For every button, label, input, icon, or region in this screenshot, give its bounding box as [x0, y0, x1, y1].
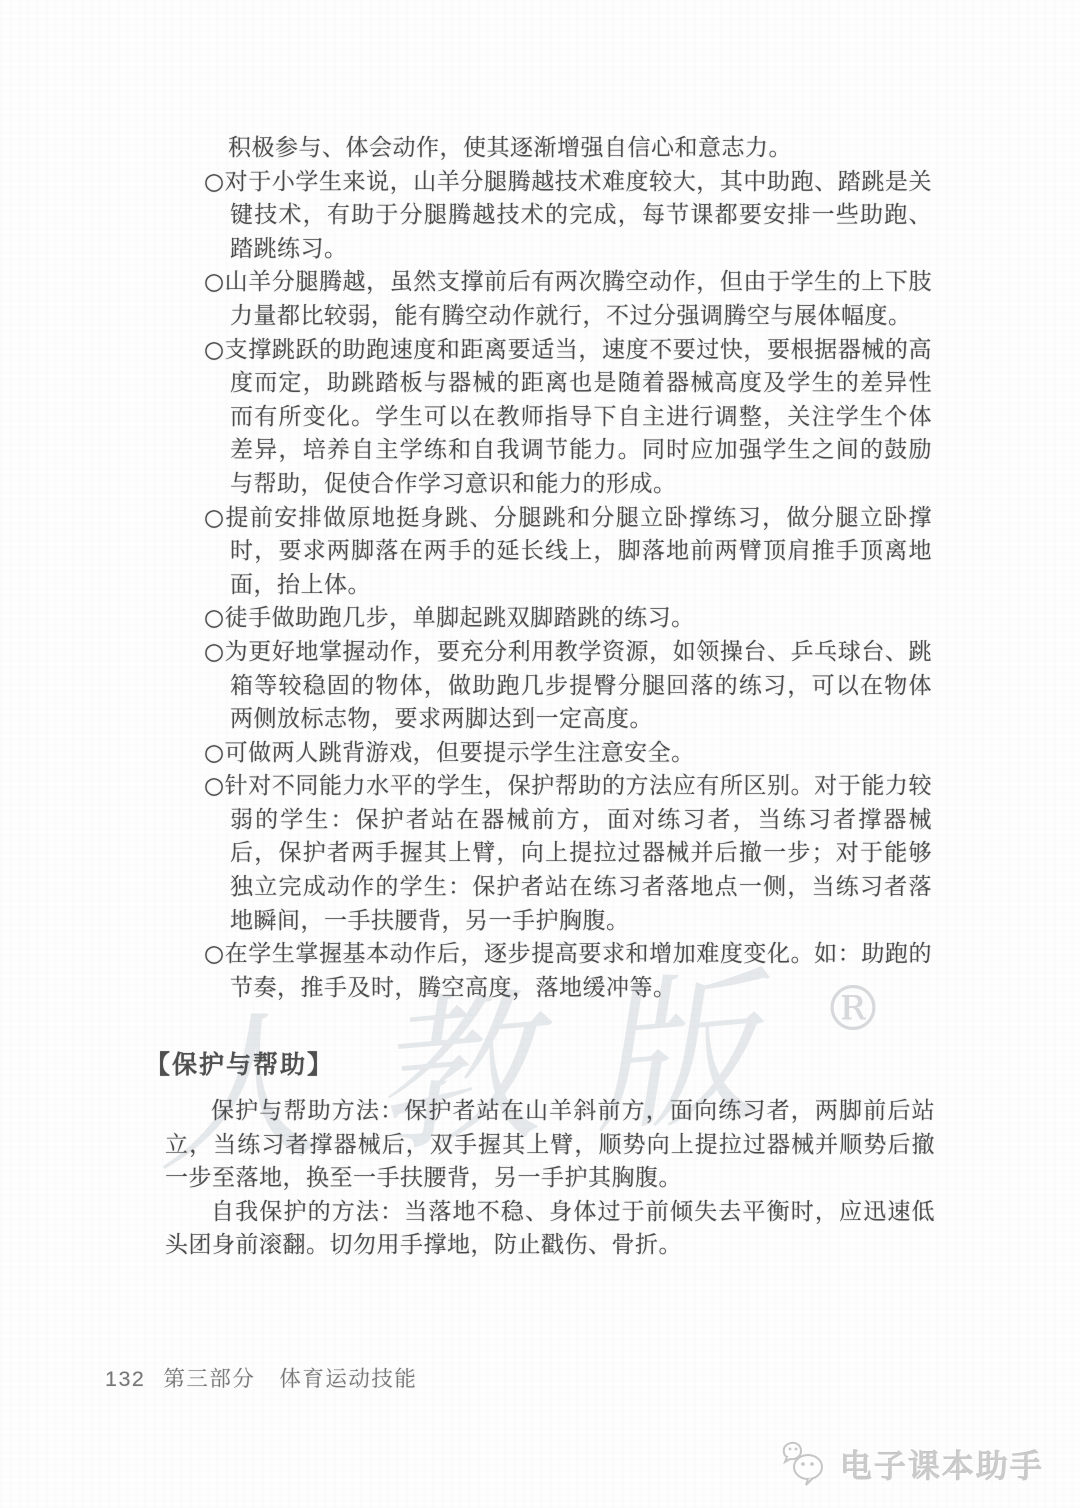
paragraph-protection-method: 保护与帮助方法：保护者站在山羊斜前方，面向练习者，两脚前后站立，当练习者撑器械后…: [165, 1095, 935, 1196]
section-heading: 【保护与帮助】: [145, 1049, 935, 1083]
circle-bullet-icon: ○: [204, 269, 225, 295]
bullet-item: ○对于小学生来说，山羊分腿腾越技术难度较大，其中助跑、踏跳是关键技术，有助于分腿…: [204, 166, 932, 267]
bullet-text: 提前安排做原地挺身跳、分腿跳和分腿立卧撑练习，做分腿立卧撑时，要求两脚落在两手的…: [225, 505, 932, 598]
bullet-text: 在学生掌握基本动作后，逐步提高要求和增加难度变化。如：助跑的节奏，推手及时，腾空…: [225, 941, 932, 1001]
bullet-text: 可做两人跳背游戏，但要提示学生注意安全。: [225, 740, 695, 766]
chat-bubbles-mascot-icon: [778, 1438, 830, 1490]
page-content: 积极参与、体会动作，使其逐渐增强自信心和意志力。 ○对于小学生来说，山羊分腿腾越…: [0, 132, 1080, 1263]
circle-bullet-icon: ○: [204, 773, 225, 799]
page-footer: 132第三部分体育运动技能: [105, 1362, 417, 1393]
bullet-item: ○为更好地掌握动作，要充分利用教学资源，如领操台、乒乓球台、跳箱等较稳固的物体，…: [204, 636, 932, 737]
bullet-text: 山羊分腿腾越，虽然支撑前后有两次腾空动作，但由于学生的上下肢力量都比较弱，能有腾…: [225, 269, 932, 329]
bullet-item: ○可做两人跳背游戏，但要提示学生注意安全。: [204, 737, 932, 771]
page-number: 132: [105, 1367, 145, 1391]
bullet-list: ○对于小学生来说，山羊分腿腾越技术难度较大，其中助跑、踏跳是关键技术，有助于分腿…: [204, 166, 932, 1006]
bullet-text: 对于小学生来说，山羊分腿腾越技术难度较大，其中助跑、踏跳是关键技术，有助于分腿腾…: [225, 169, 932, 262]
bullet-text: 徒手做助跑几步，单脚起跳双脚踏跳的练习。: [225, 605, 695, 631]
bullet-text: 为更好地掌握动作，要充分利用教学资源，如领操台、乒乓球台、跳箱等较稳固的物体，做…: [225, 639, 932, 732]
circle-bullet-icon: ○: [204, 605, 225, 631]
continued-paragraph-line: 积极参与、体会动作，使其逐渐增强自信心和意志力。: [204, 132, 932, 166]
circle-bullet-icon: ○: [204, 740, 225, 766]
circle-bullet-icon: ○: [204, 505, 225, 531]
bullet-item: ○山羊分腿腾越，虽然支撑前后有两次腾空动作，但由于学生的上下肢力量都比较弱，能有…: [204, 266, 932, 333]
circle-bullet-icon: ○: [204, 941, 225, 967]
circle-bullet-icon: ○: [204, 169, 225, 195]
bullet-item: ○徒手做助跑几步，单脚起跳双脚踏跳的练习。: [204, 602, 932, 636]
app-branding: 电子课本助手: [778, 1438, 1044, 1490]
bullet-item: ○支撑跳跃的助跑速度和距离要适当，速度不要过快，要根据器械的高度而定，助跳踏板与…: [204, 334, 932, 502]
bullet-item: ○提前安排做原地挺身跳、分腿跳和分腿立卧撑练习，做分腿立卧撑时，要求两脚落在两手…: [204, 502, 932, 603]
bullet-text: 针对不同能力水平的学生，保护帮助的方法应有所区别。对于能力较弱的学生：保护者站在…: [225, 773, 932, 933]
app-name-label: 电子课本助手: [840, 1441, 1044, 1487]
bullet-text: 支撑跳跃的助跑速度和距离要适当，速度不要过快，要根据器械的高度而定，助跳踏板与器…: [225, 337, 932, 497]
bullet-item: ○在学生掌握基本动作后，逐步提高要求和增加难度变化。如：助跑的节奏，推手及时，腾…: [204, 938, 932, 1005]
footer-part-label: 第三部分: [163, 1367, 255, 1391]
section-paragraphs: 保护与帮助方法：保护者站在山羊斜前方，面向练习者，两脚前后站立，当练习者撑器械后…: [165, 1095, 935, 1263]
paragraph-self-protection: 自我保护的方法：当落地不稳、身体过于前倾失去平衡时，应迅速低头团身前滚翻。切勿用…: [165, 1196, 935, 1263]
circle-bullet-icon: ○: [204, 639, 225, 665]
bullet-item: ○针对不同能力水平的学生，保护帮助的方法应有所区别。对于能力较弱的学生：保护者站…: [204, 770, 932, 938]
scanned-textbook-page: 人教版 ® 积极参与、体会动作，使其逐渐增强自信心和意志力。 ○对于小学生来说，…: [0, 0, 1080, 1508]
footer-book-section: 体育运动技能: [279, 1367, 417, 1391]
circle-bullet-icon: ○: [204, 337, 225, 363]
